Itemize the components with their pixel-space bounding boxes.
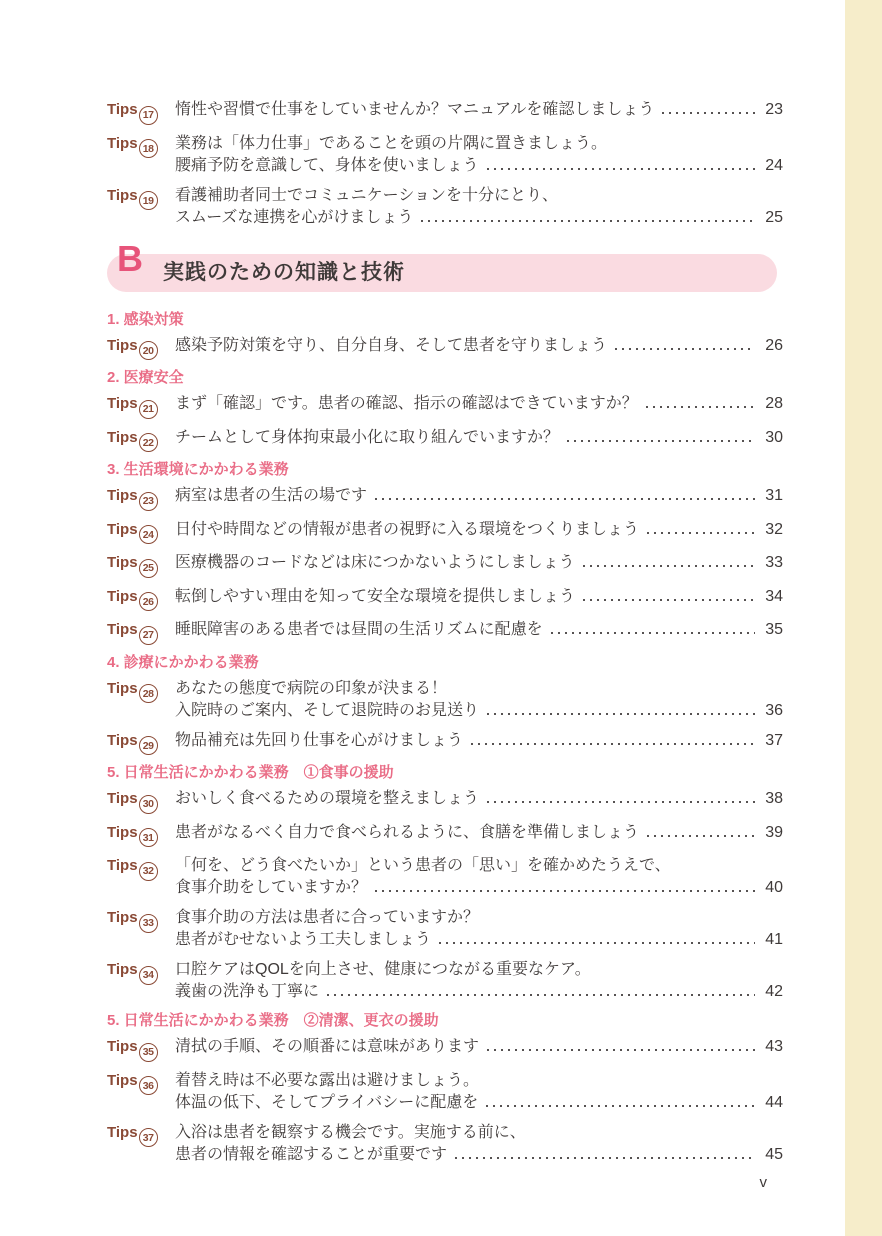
tips-word: Tips xyxy=(107,588,138,605)
tip-title: あなたの態度で病院の印象が決まる！ xyxy=(175,678,447,700)
tip-line: 入浴は患者を観察する機会です。実施する前に、 xyxy=(175,1122,783,1144)
page-number: 25 xyxy=(765,207,783,229)
dotted-leader xyxy=(463,730,765,752)
tip-line: 惰性や習慣で仕事をしていませんか？マニュアルを確認しましょう 23 xyxy=(175,99,783,121)
tip-title: 体温の低下、そしてプライバシーに配慮を xyxy=(175,1092,478,1114)
tip-number-badge: 23 xyxy=(139,492,158,511)
tip-line: 「何を、どう食べたいか」という患者の「思い」を確かめたうえで、 xyxy=(175,855,783,877)
toc-entry: Tips20 感染予防対策を守り、自分自身、そして患者を守りましょう 26 xyxy=(107,335,783,361)
dotted-leader xyxy=(319,981,765,1003)
tip-title-block: 転倒しやすい理由を知って安全な環境を提供しましょう 34 xyxy=(175,586,783,608)
section-heading: 4. 診療にかかわる業務 xyxy=(107,653,783,673)
toc-entry: Tips19 看護補助者同士でコミュニケーションを十分にとり、 スムーズな連携を… xyxy=(107,185,783,229)
toc-entry: Tips23 病室は患者の生活の場です 31 xyxy=(107,485,783,511)
toc-entry: Tips34 口腔ケアはQOLを向上させ、健康につながる重要なケア。 義歯の洗浄… xyxy=(107,959,783,1003)
page-number: 23 xyxy=(765,99,783,121)
toc-entry: Tips25 医療機器のコードなどは床につかないようにしましょう 33 xyxy=(107,552,783,578)
tips-word: Tips xyxy=(107,395,138,412)
section-heading: 3. 生活環境にかかわる業務 xyxy=(107,460,783,480)
tip-title-block: 清拭の手順、その順番には意味があります 43 xyxy=(175,1036,783,1058)
tips-label: Tips31 xyxy=(107,822,175,848)
section-heading: 5. 日常生活にかかわる業務 ②清潔、更衣の援助 xyxy=(107,1011,783,1031)
tip-title-block: 看護補助者同士でコミュニケーションを十分にとり、 スムーズな連携を心がけましょう… xyxy=(175,185,783,229)
tips-word: Tips xyxy=(107,187,138,204)
tip-title-block: 医療機器のコードなどは床につかないようにしましょう 33 xyxy=(175,552,783,574)
toc-entry: Tips32 「何を、どう食べたいか」という患者の「思い」を確かめたうえで、 食… xyxy=(107,855,783,899)
tips-word: Tips xyxy=(107,790,138,807)
dotted-leader xyxy=(447,1144,765,1166)
tip-title: 転倒しやすい理由を知って安全な環境を提供しましょう xyxy=(175,586,575,608)
tips-word: Tips xyxy=(107,824,138,841)
tip-title-block: まず「確認」です。患者の確認、指示の確認はできていますか？ 28 xyxy=(175,393,783,415)
dotted-leader xyxy=(431,929,765,951)
tip-line: 腰痛予防を意識して、身体を使いましょう 24 xyxy=(175,155,783,177)
tip-number-badge: 26 xyxy=(139,592,158,611)
tips-label: Tips27 xyxy=(107,619,175,645)
tip-line: 食事介助の方法は患者に合っていますか？ xyxy=(175,907,783,929)
page-number: 43 xyxy=(765,1036,783,1058)
tip-title-block: 入浴は患者を観察する機会です。実施する前に、 患者の情報を確認することが重要です… xyxy=(175,1122,783,1166)
tips-word: Tips xyxy=(107,857,138,874)
tip-title: 腰痛予防を意識して、身体を使いましょう xyxy=(175,155,479,177)
tip-number-badge: 29 xyxy=(139,736,158,755)
tips-label: Tips29 xyxy=(107,730,175,756)
tip-title: 看護補助者同士でコミュニケーションを十分にとり、 xyxy=(175,185,558,207)
tip-line: 患者がむせないよう工夫しましょう 41 xyxy=(175,929,783,951)
toc-entry: Tips27 睡眠障害のある患者では昼間の生活リズムに配慮を 35 xyxy=(107,619,783,645)
page-number: 45 xyxy=(765,1144,783,1166)
toc-entry: Tips22 チームとして身体拘束最小化に取り組んでいますか？ 30 xyxy=(107,427,783,453)
tip-title: まず「確認」です。患者の確認、指示の確認はできていますか？ xyxy=(175,393,638,415)
tip-number-badge: 21 xyxy=(139,400,158,419)
tips-label: Tips26 xyxy=(107,586,175,612)
tips-label: Tips21 xyxy=(107,393,175,419)
tips-label: Tips34 xyxy=(107,959,175,985)
dotted-leader xyxy=(478,1092,765,1114)
page-number: 33 xyxy=(765,552,783,574)
tip-number-badge: 35 xyxy=(139,1043,158,1062)
page-number: 38 xyxy=(765,788,783,810)
tips-label: Tips32 xyxy=(107,855,175,881)
tip-title: 義歯の洗浄も丁寧に xyxy=(175,981,319,1003)
tip-number-badge: 30 xyxy=(139,795,158,814)
tips-word: Tips xyxy=(107,101,138,118)
tip-title: 日付や時間などの情報が患者の視野に入る環境をつくりましょう xyxy=(175,519,639,541)
page-number: 37 xyxy=(765,730,783,752)
tip-title: 物品補充は先回り仕事を心がけましょう xyxy=(175,730,463,752)
tip-title: 清拭の手順、その順番には意味があります xyxy=(175,1036,479,1058)
section-banner: B 実践のための知識と技術 xyxy=(107,254,783,292)
tip-line: 患者の情報を確認することが重要です 45 xyxy=(175,1144,783,1166)
tip-title-block: おいしく食べるための環境を整えましょう 38 xyxy=(175,788,783,810)
tips-word: Tips xyxy=(107,961,138,978)
tip-title: 食事介助をしていますか？ xyxy=(175,877,367,899)
tips-label: Tips24 xyxy=(107,519,175,545)
tip-title: 入浴は患者を観察する機会です。実施する前に、 xyxy=(175,1122,526,1144)
tip-title-block: 「何を、どう食べたいか」という患者の「思い」を確かめたうえで、 食事介助をしてい… xyxy=(175,855,783,899)
page-number: 35 xyxy=(765,619,783,641)
toc-entry: Tips29 物品補充は先回り仕事を心がけましょう 37 xyxy=(107,730,783,756)
dotted-leader xyxy=(479,788,765,810)
tip-number-badge: 36 xyxy=(139,1076,158,1095)
page-edge-band xyxy=(845,0,882,1236)
tip-line: 転倒しやすい理由を知って安全な環境を提供しましょう 34 xyxy=(175,586,783,608)
folio-page-number: v xyxy=(107,1174,783,1191)
tips-word: Tips xyxy=(107,135,138,152)
toc-entry: Tips21 まず「確認」です。患者の確認、指示の確認はできていますか？ 28 xyxy=(107,393,783,419)
tips-word: Tips xyxy=(107,732,138,749)
tip-title: 業務は「体力仕事」であることを頭の片隅に置きましょう。 xyxy=(175,133,607,155)
tips-label: Tips35 xyxy=(107,1036,175,1062)
tip-title-block: 病室は患者の生活の場です 31 xyxy=(175,485,783,507)
toc-page-content: Tips17 惰性や習慣で仕事をしていませんか？マニュアルを確認しましょう 23… xyxy=(107,99,783,1191)
tip-number-badge: 32 xyxy=(139,862,158,881)
tip-number-badge: 25 xyxy=(139,559,158,578)
tips-word: Tips xyxy=(107,554,138,571)
toc-entry: Tips28 あなたの態度で病院の印象が決まる！ 入院時のご案内、そして退院時の… xyxy=(107,678,783,722)
section-heading: 2. 医療安全 xyxy=(107,368,783,388)
tip-line: おいしく食べるための環境を整えましょう 38 xyxy=(175,788,783,810)
page-number: 30 xyxy=(765,427,783,449)
tips-label: Tips33 xyxy=(107,907,175,933)
tip-line: 感染予防対策を守り、自分自身、そして患者を守りましょう 26 xyxy=(175,335,783,357)
tips-word: Tips xyxy=(107,521,138,538)
dotted-leader xyxy=(575,586,765,608)
tip-line: まず「確認」です。患者の確認、指示の確認はできていますか？ 28 xyxy=(175,393,783,415)
tip-line: 患者がなるべく自力で食べられるように、食膳を準備しましょう 39 xyxy=(175,822,783,844)
tips-label: Tips28 xyxy=(107,678,175,704)
tips-label: Tips22 xyxy=(107,427,175,453)
page-number: 41 xyxy=(765,929,783,951)
dotted-leader xyxy=(639,519,765,541)
tip-line: あなたの態度で病院の印象が決まる！ xyxy=(175,678,783,700)
dotted-leader xyxy=(559,427,765,449)
tip-title-block: 感染予防対策を守り、自分自身、そして患者を守りましょう 26 xyxy=(175,335,783,357)
tip-title: チームとして身体拘束最小化に取り組んでいますか？ xyxy=(175,427,559,449)
tips-label: Tips19 xyxy=(107,185,175,211)
page-number: 39 xyxy=(765,822,783,844)
tip-number-badge: 22 xyxy=(139,433,158,452)
tip-title: 入院時のご案内、そして退院時のお見送り xyxy=(175,700,479,722)
tip-title-block: 患者がなるべく自力で食べられるように、食膳を準備しましょう 39 xyxy=(175,822,783,844)
tip-line: 着替え時は不必要な露出は避けましょう。 xyxy=(175,1070,783,1092)
tip-title-block: 睡眠障害のある患者では昼間の生活リズムに配慮を 35 xyxy=(175,619,783,641)
page-number: 28 xyxy=(765,393,783,415)
section-heading: 5. 日常生活にかかわる業務 ①食事の援助 xyxy=(107,763,783,783)
tip-title-block: チームとして身体拘束最小化に取り組んでいますか？ 30 xyxy=(175,427,783,449)
tips-label: Tips30 xyxy=(107,788,175,814)
dotted-leader xyxy=(607,335,765,357)
dotted-leader xyxy=(543,619,766,641)
tip-line: 体温の低下、そしてプライバシーに配慮を 44 xyxy=(175,1092,783,1114)
tip-title-block: 業務は「体力仕事」であることを頭の片隅に置きましょう。 腰痛予防を意識して、身体… xyxy=(175,133,783,177)
tip-line: 入院時のご案内、そして退院時のお見送り 36 xyxy=(175,700,783,722)
section-title: 実践のための知識と技術 xyxy=(163,254,405,292)
tip-number-badge: 28 xyxy=(139,684,158,703)
tip-title-block: 日付や時間などの情報が患者の視野に入る環境をつくりましょう 32 xyxy=(175,519,783,541)
tips-word: Tips xyxy=(107,621,138,638)
tip-line: 看護補助者同士でコミュニケーションを十分にとり、 xyxy=(175,185,783,207)
tip-line: 医療機器のコードなどは床につかないようにしましょう 33 xyxy=(175,552,783,574)
dotted-leader xyxy=(367,485,765,507)
tip-title: 睡眠障害のある患者では昼間の生活リズムに配慮を xyxy=(175,619,543,641)
tip-title-block: 食事介助の方法は患者に合っていますか？ 患者がむせないよう工夫しましょう 41 xyxy=(175,907,783,951)
tip-title: 惰性や習慣で仕事をしていませんか？マニュアルを確認しましょう xyxy=(175,99,654,121)
toc-entry: Tips26 転倒しやすい理由を知って安全な環境を提供しましょう 34 xyxy=(107,586,783,612)
toc-entry: Tips17 惰性や習慣で仕事をしていませんか？マニュアルを確認しましょう 23 xyxy=(107,99,783,125)
page-number: 32 xyxy=(765,519,783,541)
tip-number-badge: 24 xyxy=(139,525,158,544)
tip-number-badge: 33 xyxy=(139,914,158,933)
section-letter: B xyxy=(117,241,143,277)
toc-entry: Tips30 おいしく食べるための環境を整えましょう 38 xyxy=(107,788,783,814)
tip-number-badge: 19 xyxy=(139,191,158,210)
tip-line: 睡眠障害のある患者では昼間の生活リズムに配慮を 35 xyxy=(175,619,783,641)
tip-title-block: あなたの態度で病院の印象が決まる！ 入院時のご案内、そして退院時のお見送り 36 xyxy=(175,678,783,722)
tip-number-badge: 37 xyxy=(139,1128,158,1147)
page-number: 34 xyxy=(765,586,783,608)
tip-line: 口腔ケアはQOLを向上させ、健康につながる重要なケア。 xyxy=(175,959,783,981)
tips-label: Tips18 xyxy=(107,133,175,159)
tips-label: Tips20 xyxy=(107,335,175,361)
tip-number-badge: 34 xyxy=(139,966,158,985)
tip-title: 患者の情報を確認することが重要です xyxy=(175,1144,447,1166)
tip-title: スムーズな連携を心がけましょう xyxy=(175,207,413,229)
tip-title-block: 惰性や習慣で仕事をしていませんか？マニュアルを確認しましょう 23 xyxy=(175,99,783,121)
toc-entry: Tips33 食事介助の方法は患者に合っていますか？ 患者がむせないよう工夫しま… xyxy=(107,907,783,951)
tip-line: 日付や時間などの情報が患者の視野に入る環境をつくりましょう 32 xyxy=(175,519,783,541)
tips-word: Tips xyxy=(107,487,138,504)
page-number: 42 xyxy=(765,981,783,1003)
tip-number-badge: 27 xyxy=(139,626,158,645)
dotted-leader xyxy=(638,393,765,415)
toc-entry: Tips24 日付や時間などの情報が患者の視野に入る環境をつくりましょう 32 xyxy=(107,519,783,545)
page-number: 36 xyxy=(765,700,783,722)
tip-title: おいしく食べるための環境を整えましょう xyxy=(175,788,479,810)
tips-word: Tips xyxy=(107,680,138,697)
dotted-leader xyxy=(479,1036,765,1058)
dotted-leader xyxy=(367,877,765,899)
dotted-leader xyxy=(654,99,765,121)
tips-label: Tips37 xyxy=(107,1122,175,1148)
tip-number-badge: 17 xyxy=(139,106,158,125)
tips-label: Tips17 xyxy=(107,99,175,125)
toc-section: 5. 日常生活にかかわる業務 ①食事の援助 Tips30 おいしく食べるための環… xyxy=(107,763,783,1003)
dotted-leader xyxy=(639,822,765,844)
dotted-leader xyxy=(413,207,765,229)
tip-line: 物品補充は先回り仕事を心がけましょう 37 xyxy=(175,730,783,752)
tips-word: Tips xyxy=(107,337,138,354)
tips-word: Tips xyxy=(107,909,138,926)
dotted-leader xyxy=(479,155,766,177)
tip-title: 医療機器のコードなどは床につかないようにしましょう xyxy=(175,552,575,574)
tips-word: Tips xyxy=(107,1124,138,1141)
tip-title: 着替え時は不必要な露出は避けましょう。 xyxy=(175,1070,479,1092)
tip-number-badge: 20 xyxy=(139,341,158,360)
tip-title-block: 着替え時は不必要な露出は避けましょう。 体温の低下、そしてプライバシーに配慮を … xyxy=(175,1070,783,1114)
page-number: 31 xyxy=(765,485,783,507)
tip-title: 病室は患者の生活の場です xyxy=(175,485,367,507)
tip-line: 清拭の手順、その順番には意味があります 43 xyxy=(175,1036,783,1058)
tip-number-badge: 31 xyxy=(139,828,158,847)
toc-entry: Tips37 入浴は患者を観察する機会です。実施する前に、 患者の情報を確認する… xyxy=(107,1122,783,1166)
tip-title: 患者がなるべく自力で食べられるように、食膳を準備しましょう xyxy=(175,822,639,844)
toc-entry: Tips35 清拭の手順、その順番には意味があります 43 xyxy=(107,1036,783,1062)
tip-line: スムーズな連携を心がけましょう 25 xyxy=(175,207,783,229)
tips-word: Tips xyxy=(107,429,138,446)
section-heading: 1. 感染対策 xyxy=(107,310,783,330)
dotted-leader xyxy=(479,700,765,722)
toc-section: 4. 診療にかかわる業務 Tips28 あなたの態度で病院の印象が決まる！ 入院… xyxy=(107,653,783,756)
tips-label: Tips23 xyxy=(107,485,175,511)
tip-title-block: 物品補充は先回り仕事を心がけましょう 37 xyxy=(175,730,783,752)
toc-section: 2. 医療安全 Tips21 まず「確認」です。患者の確認、指示の確認はできてい… xyxy=(107,368,783,452)
page-number: 24 xyxy=(765,155,783,177)
tips-word: Tips xyxy=(107,1038,138,1055)
tip-line: チームとして身体拘束最小化に取り組んでいますか？ 30 xyxy=(175,427,783,449)
tips-label: Tips36 xyxy=(107,1070,175,1096)
tip-title: 口腔ケアはQOLを向上させ、健康につながる重要なケア。 xyxy=(175,959,591,981)
tip-number-badge: 18 xyxy=(139,139,158,158)
toc-section: 1. 感染対策 Tips20 感染予防対策を守り、自分自身、そして患者を守りまし… xyxy=(107,310,783,361)
page-number: 40 xyxy=(765,877,783,899)
tip-title: 食事介助の方法は患者に合っていますか？ xyxy=(175,907,479,929)
tip-line: 食事介助をしていますか？ 40 xyxy=(175,877,783,899)
tip-title-block: 口腔ケアはQOLを向上させ、健康につながる重要なケア。 義歯の洗浄も丁寧に 42 xyxy=(175,959,783,1003)
tip-title: 「何を、どう食べたいか」という患者の「思い」を確かめたうえで、 xyxy=(175,855,671,877)
page-number: 44 xyxy=(765,1092,783,1114)
dotted-leader xyxy=(575,552,766,574)
toc-section: 3. 生活環境にかかわる業務 Tips23 病室は患者の生活の場です 31 Ti… xyxy=(107,460,783,645)
tip-line: 義歯の洗浄も丁寧に 42 xyxy=(175,981,783,1003)
toc-entry: Tips31 患者がなるべく自力で食べられるように、食膳を準備しましょう 39 xyxy=(107,822,783,848)
toc-entry: Tips18 業務は「体力仕事」であることを頭の片隅に置きましょう。 腰痛予防を… xyxy=(107,133,783,177)
toc-section: 5. 日常生活にかかわる業務 ②清潔、更衣の援助 Tips35 清拭の手順、その… xyxy=(107,1011,783,1166)
tip-line: 業務は「体力仕事」であることを頭の片隅に置きましょう。 xyxy=(175,133,783,155)
toc-entry: Tips36 着替え時は不必要な露出は避けましょう。 体温の低下、そしてプライバ… xyxy=(107,1070,783,1114)
page-number: 26 xyxy=(765,335,783,357)
tip-line: 病室は患者の生活の場です 31 xyxy=(175,485,783,507)
tips-word: Tips xyxy=(107,1072,138,1089)
tip-title: 患者がむせないよう工夫しましょう xyxy=(175,929,431,951)
tips-label: Tips25 xyxy=(107,552,175,578)
tip-title: 感染予防対策を守り、自分自身、そして患者を守りましょう xyxy=(175,335,607,357)
